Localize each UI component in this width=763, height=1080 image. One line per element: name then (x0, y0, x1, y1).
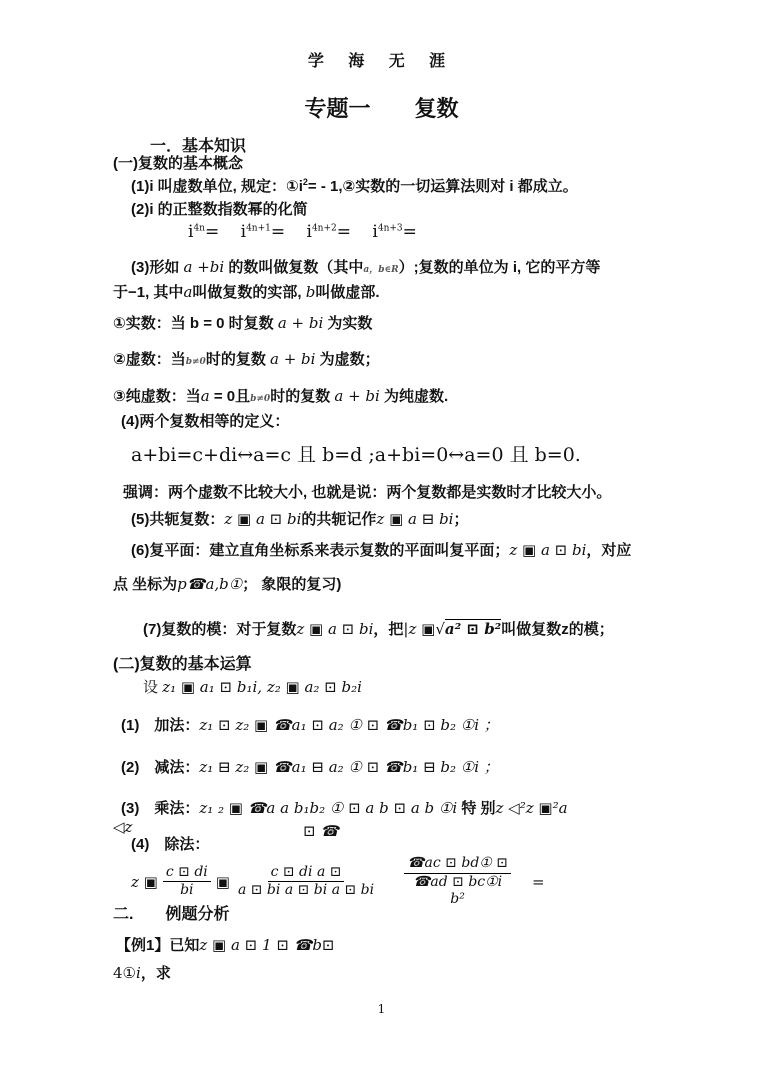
multiplication-label: (3) 乘法： (121, 800, 199, 817)
radicand: a² ⊡ b² (445, 619, 501, 638)
addition-label: (1) 加法： (121, 717, 199, 734)
division-fraction-1: c ⊡ dibi (163, 864, 211, 900)
conjugate-formula-1: z ▣ a ⊡ bi (224, 510, 301, 528)
subtraction-label: (2) 减法： (121, 759, 199, 776)
conjugate-formula-2: z ▣ a ⊟ bi (376, 510, 453, 528)
line-conjugate: (5)共轭复数：z ▣ a ⊡ bi的共轭记作z ▣ a ⊟ bi； (131, 508, 469, 529)
subsection-basic-operations: (二)复数的基本运算 (113, 651, 252, 674)
fraction3-denominator: b² (447, 891, 468, 909)
power-group-2: i4n+1= (241, 222, 285, 242)
page-number: 1 (0, 1002, 763, 1016)
case-pure-var: a (201, 387, 210, 405)
modulus-label: (7)复数的模：对于复数 (143, 621, 296, 638)
power-eq-3: = (337, 222, 351, 242)
case-imag-text: ②虚数：当 (113, 351, 186, 368)
fraction2-denominator: a ⊡ bi a ⊡ bi a ⊡ bi (235, 882, 377, 900)
example1-label: 【例1】已知 (116, 937, 199, 954)
formula-i-powers: i4n= i4n+1= i4n+2= i4n+3= (188, 222, 433, 242)
modulus-formula-2: |z ▣ (403, 620, 435, 638)
modulus-formula-1: z ▣ a ⊡ bi (296, 620, 373, 638)
plane-formula: z ▣ a ⊡ bi (509, 541, 586, 559)
line-multiplication: (3) 乘法：z₁ ₂ ▣ ☎a a b₁b₂ ① ⊡ a b ⊡ a b ①i… (121, 797, 568, 818)
line-example-1: 【例1】已知z ▣ a ⊡ 1 ⊡ ☎b⊡ (116, 934, 335, 955)
line-addition: (1) 加法：z₁ ⊡ z₂ ▣ ☎a₁ ⊡ a₂ ① ⊡ ☎b₁ ⊡ b₂ ①… (121, 714, 499, 735)
section-examples: 二. 例题分析 (113, 901, 229, 924)
power-group-4: i4n+3= (372, 222, 416, 242)
radical-sign: √ (435, 620, 445, 638)
def2-text-b: 叫做复数的实部, (192, 284, 305, 301)
case-pure-end: 为纯虚数. (380, 388, 448, 405)
line-equality-definition: (4)两个复数相等的定义： (121, 410, 289, 431)
line-example-1-cont: 4①i，求 (113, 962, 171, 983)
case-pure-formula: a + bi (334, 387, 379, 405)
division-fraction-3: ☎ac ⊡ bd① ⊡☎ad ⊡ bc①ib² (404, 855, 511, 909)
example1-cont-b: ，求 (141, 965, 171, 982)
multiplication-special-formula: z ◁²z ▣²a (496, 799, 568, 817)
line-division-label: (4) 除法： (131, 833, 209, 854)
conjugate-end: ； (453, 511, 468, 528)
subtraction-formula: z₁ ⊟ z₂ ▣ ☎a₁ ⊟ a₂ ① ⊡ ☎b₁ ⊟ b₂ ①i ； (199, 758, 498, 776)
multiplication-overflow-2: ⊡ ☎ (303, 822, 339, 840)
fraction3-numerator: ☎ac ⊡ bd① ⊡ (404, 855, 511, 874)
line-case-real: ①实数：当 b = 0 时复数 a + bi 为实数 (113, 312, 372, 333)
line-power-simplify: (2)i 的正整数指数幂的化简 (131, 198, 308, 219)
modulus-mid: ，把 (373, 621, 403, 638)
case-imag-condition: b≠0 (186, 357, 206, 367)
case-real-end: 为实数 (323, 315, 372, 332)
def2-text-c: 叫做虚部. (315, 284, 379, 301)
case-pure-mid2: 时的复数 (270, 388, 334, 405)
plane2-text: 点 坐标为 (113, 576, 177, 593)
power-eq-2: = (271, 222, 285, 242)
def2-var-b: b (306, 283, 316, 301)
line-emphasis: 强调：两个虚数不比较大小, 也就是说：两个复数都是实数时才比较大小。 (123, 481, 611, 502)
def-condition-tiny: a，b∈R (363, 265, 398, 275)
power-group-3: i4n+2= (307, 222, 351, 242)
power-eq-1: = (205, 222, 219, 242)
conjugate-label: (5)共轭复数： (131, 511, 224, 528)
case-real-formula: a + bi (278, 314, 323, 332)
power-sup-1: 4n (193, 223, 205, 233)
power-sup-2: 4n+1 (246, 223, 271, 233)
case-pure-text: ③纯虚数：当 (113, 388, 201, 405)
line-subtraction: (2) 减法：z₁ ⊟ z₂ ▣ ☎a₁ ⊟ a₂ ① ⊡ ☎b₁ ⊟ b₂ ①… (121, 756, 499, 777)
case-imag-mid: 时的复数 (206, 351, 270, 368)
def-text-b: 的数叫做复数（其中 (224, 259, 363, 276)
case-pure-condition: b≠0 (250, 394, 270, 404)
power-sup-3: 4n+2 (312, 223, 337, 233)
line-imaginary-unit-a: (1)i 叫虚数单位, 规定：①i (131, 178, 303, 195)
plane-end: ，对应 (586, 542, 631, 559)
division-fraction-2: c ⊡ di a ⊡a ⊡ bi a ⊡ bi a ⊡ bi (235, 864, 377, 900)
division-equals: = (532, 873, 545, 891)
case-real-text: ①实数：当 b = 0 时复数 (113, 315, 278, 332)
formula-equality: a+bi=c+di↔a=c 且 b=d ;a+bi=0↔a=0 且 b=0. (131, 440, 581, 467)
line-complex-definition-1: (3)形如 a +bi 的数叫做复数（其中a，b∈R）;复数的单位为 i, 它的… (131, 256, 600, 277)
case-imag-formula: a + bi (270, 350, 315, 368)
plane-text: (6)复平面：建立直角坐标系来表示复数的平面叫复平面； (131, 542, 509, 559)
line-imaginary-unit: (1)i 叫虚数单位, 规定：①i2= - 1,②实数的一切运算法则对 i 都成… (131, 175, 578, 196)
line-let: 设 z₁ ▣ a₁ ⊡ b₁i, z₂ ▣ a₂ ⊡ b₂i (143, 676, 362, 697)
power-group-1: i4n= (188, 222, 219, 242)
plane2-end: ； 象限的复习) (242, 576, 341, 593)
example1-cont-a: 4① (113, 964, 136, 982)
fraction2-numerator: c ⊡ di a ⊡ (268, 864, 345, 883)
fraction3-middle: ☎ad ⊡ bc①i (413, 874, 502, 892)
addition-formula: z₁ ⊡ z₂ ▣ ☎a₁ ⊡ a₂ ① ⊡ ☎b₁ ⊡ b₂ ①i ； (199, 716, 498, 734)
case-imag-end: 为虚数； (315, 351, 379, 368)
division-mid-box: ▣ (216, 873, 230, 891)
subsection-basic-concepts: (一)复数的基本概念 (113, 152, 243, 173)
fraction1-numerator: c ⊡ di (163, 864, 211, 883)
line-imaginary-unit-b: = - 1,②实数的一切运算法则对 i 都成立。 (308, 178, 578, 195)
power-sup-4: 4n+3 (378, 223, 403, 233)
line-modulus: (7)复数的模：对于复数z ▣ a ⊡ bi，把|z ▣√a² ⊡ b²叫做复数… (143, 618, 614, 639)
page-title: 专题一 复数 (0, 92, 763, 123)
multiplication-formula: z₁ ₂ ▣ ☎a a b₁b₂ ① ⊡ a b ⊡ a b ①i (199, 799, 457, 817)
case-pure-mid: = 0且 (210, 388, 250, 405)
let-label: 设 (143, 679, 158, 696)
def-text-c: ）;复数的单位为 i, 它的平方等 (399, 259, 601, 276)
division-lhs: z ▣ (131, 873, 158, 891)
fraction1-denominator: bi (177, 882, 196, 900)
line-case-imaginary: ②虚数：当b≠0时的复数 a + bi 为虚数； (113, 348, 380, 369)
modulus-end: 叫做复数z的模； (501, 621, 614, 638)
page-header: 学 海 无 涯 (0, 48, 763, 71)
line-complex-plane-1: (6)复平面：建立直角坐标系来表示复数的平面叫复平面；z ▣ a ⊡ bi，对应 (131, 539, 631, 560)
example1-formula: z ▣ a ⊡ 1 ⊡ ☎b⊡ (199, 936, 334, 954)
document-page: 学 海 无 涯 专题一 复数 一．基本知识 (一)复数的基本概念 (1)i 叫虚… (0, 0, 763, 1080)
line-complex-definition-2: 于−1, 其中a叫做复数的实部, b叫做虚部. (113, 281, 380, 302)
def-text-a: (3)形如 (131, 259, 184, 276)
multiplication-overflow-1: ◁z (113, 818, 132, 836)
line-case-pure-imaginary: ③纯虚数：当a = 0且b≠0时的复数 a + bi 为纯虚数. (113, 385, 448, 406)
line-complex-plane-2: 点 坐标为p☎a,b①； 象限的复习) (113, 573, 341, 594)
multiplication-special-label: 特 别 (457, 800, 495, 817)
plane2-point-formula: p☎a,b① (177, 575, 242, 593)
let-formula: z₁ ▣ a₁ ⊡ b₁i, z₂ ▣ a₂ ⊡ b₂i (162, 678, 362, 696)
def2-text-a: 于−1, 其中 (113, 284, 183, 301)
power-eq-4: = (403, 222, 417, 242)
conjugate-mid: 的共轭记作 (301, 511, 376, 528)
def-formula-abi: a +bi (184, 258, 225, 276)
